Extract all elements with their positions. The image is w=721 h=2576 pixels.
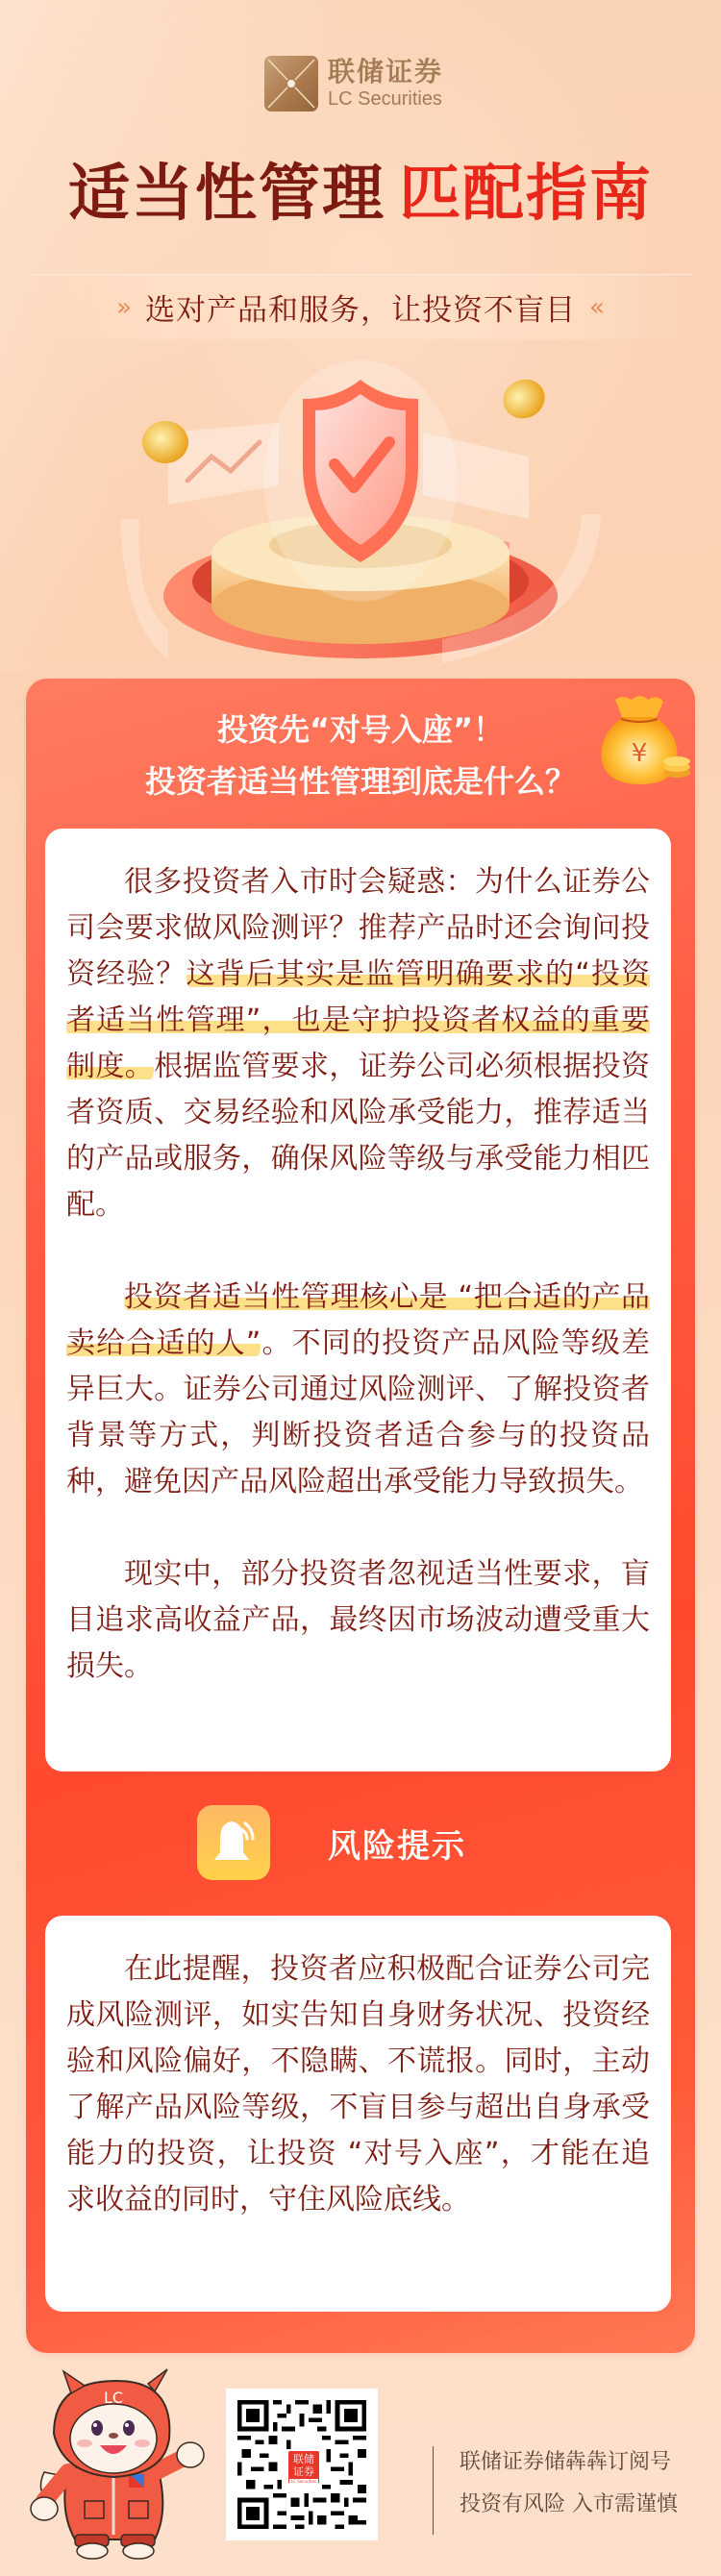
section1-paragraph: 投资者适当性管理核心是 “把合适的产品卖给合适的人”。不同的投资产品风险等级差异…: [66, 1275, 650, 1505]
section2-paragraph: 在此提醒，投资者应积极配合证券公司完成风险测评，如实告知自身财务状况、投资经验和…: [66, 1946, 650, 2223]
bell-icon: [197, 1805, 270, 1880]
section1-paragraph: 很多投资者入市时会疑惑：为什么证券公司会要求做风险测评？推荐产品时还会询问投资经…: [66, 859, 650, 1228]
page-title-part1: 适当性管理: [68, 159, 385, 230]
paragraph-text: 根据监管要求，证券公司必须根据投资者资质、交易经验和风险承受能力，推荐适当的产品…: [66, 1050, 650, 1222]
chevron-right-icon: »: [116, 293, 132, 322]
subtitle-banner: » 选对产品和服务，让投资不盲目 «: [29, 274, 692, 339]
qr-center-text: 联储: [293, 2453, 314, 2465]
footer-subscription-name: 联储证券储犇犇订阅号: [460, 2441, 678, 2484]
footer-risk-disclaimer: 投资有风险 入市需谨慎: [460, 2484, 678, 2526]
brand-name-en: LC Securities: [328, 89, 443, 109]
brand-logo: 联储证券 LC Securities: [264, 54, 443, 113]
money-bag-icon: ¥: [588, 692, 694, 788]
qr-center-logo: 联储 证券 LC Securities: [286, 2449, 321, 2486]
section2-body: 在此提醒，投资者应积极配合证券公司完成风险测评，如实告知自身财务状况、投资经验和…: [45, 1916, 671, 2312]
qr-center-text: 证券: [293, 2465, 314, 2478]
paragraph-text: 现实中，部分投资者忽视适当性要求，盲目追求高收益产品，最终因市场波动遭受重大损失…: [66, 1557, 650, 1683]
subtitle-text: 选对产品和服务，让投资不盲目: [145, 285, 576, 329]
risk-warning-header: 风险提示: [26, 1799, 695, 1886]
footer-text: 联储证券储犇犇订阅号 投资有风险 入市需谨慎: [460, 2441, 678, 2526]
section1-body: 很多投资者入市时会疑惑：为什么证券公司会要求做风险测评？推荐产品时还会询问投资经…: [45, 829, 671, 1771]
section1-paragraph: 现实中，部分投资者忽视适当性要求，盲目追求高收益产品，最终因市场波动遭受重大损失…: [66, 1551, 650, 1690]
chevron-left-icon: «: [589, 293, 605, 322]
page-title: 适当性管理匹配指南: [0, 156, 721, 233]
page-title-part2: 匹配指南: [399, 159, 653, 230]
qr-center-en: LC Securities: [289, 2479, 318, 2485]
content-card: 投资先“对号入座”！ 投资者适当性管理到底是什么？ ¥ 很多投资者入市时会疑惑：…: [26, 679, 695, 2353]
svg-text:¥: ¥: [632, 739, 648, 768]
qr-code[interactable]: 联储 证券 LC Securities: [226, 2389, 378, 2540]
footer-divider: [433, 2446, 434, 2535]
brand-logo-icon: [264, 56, 318, 111]
risk-warning-title: 风险提示: [328, 1820, 466, 1867]
hero-illustration: [96, 341, 625, 673]
mascot-illustration: LC: [25, 2366, 208, 2564]
brand-name-cn: 联储证券: [328, 59, 443, 86]
